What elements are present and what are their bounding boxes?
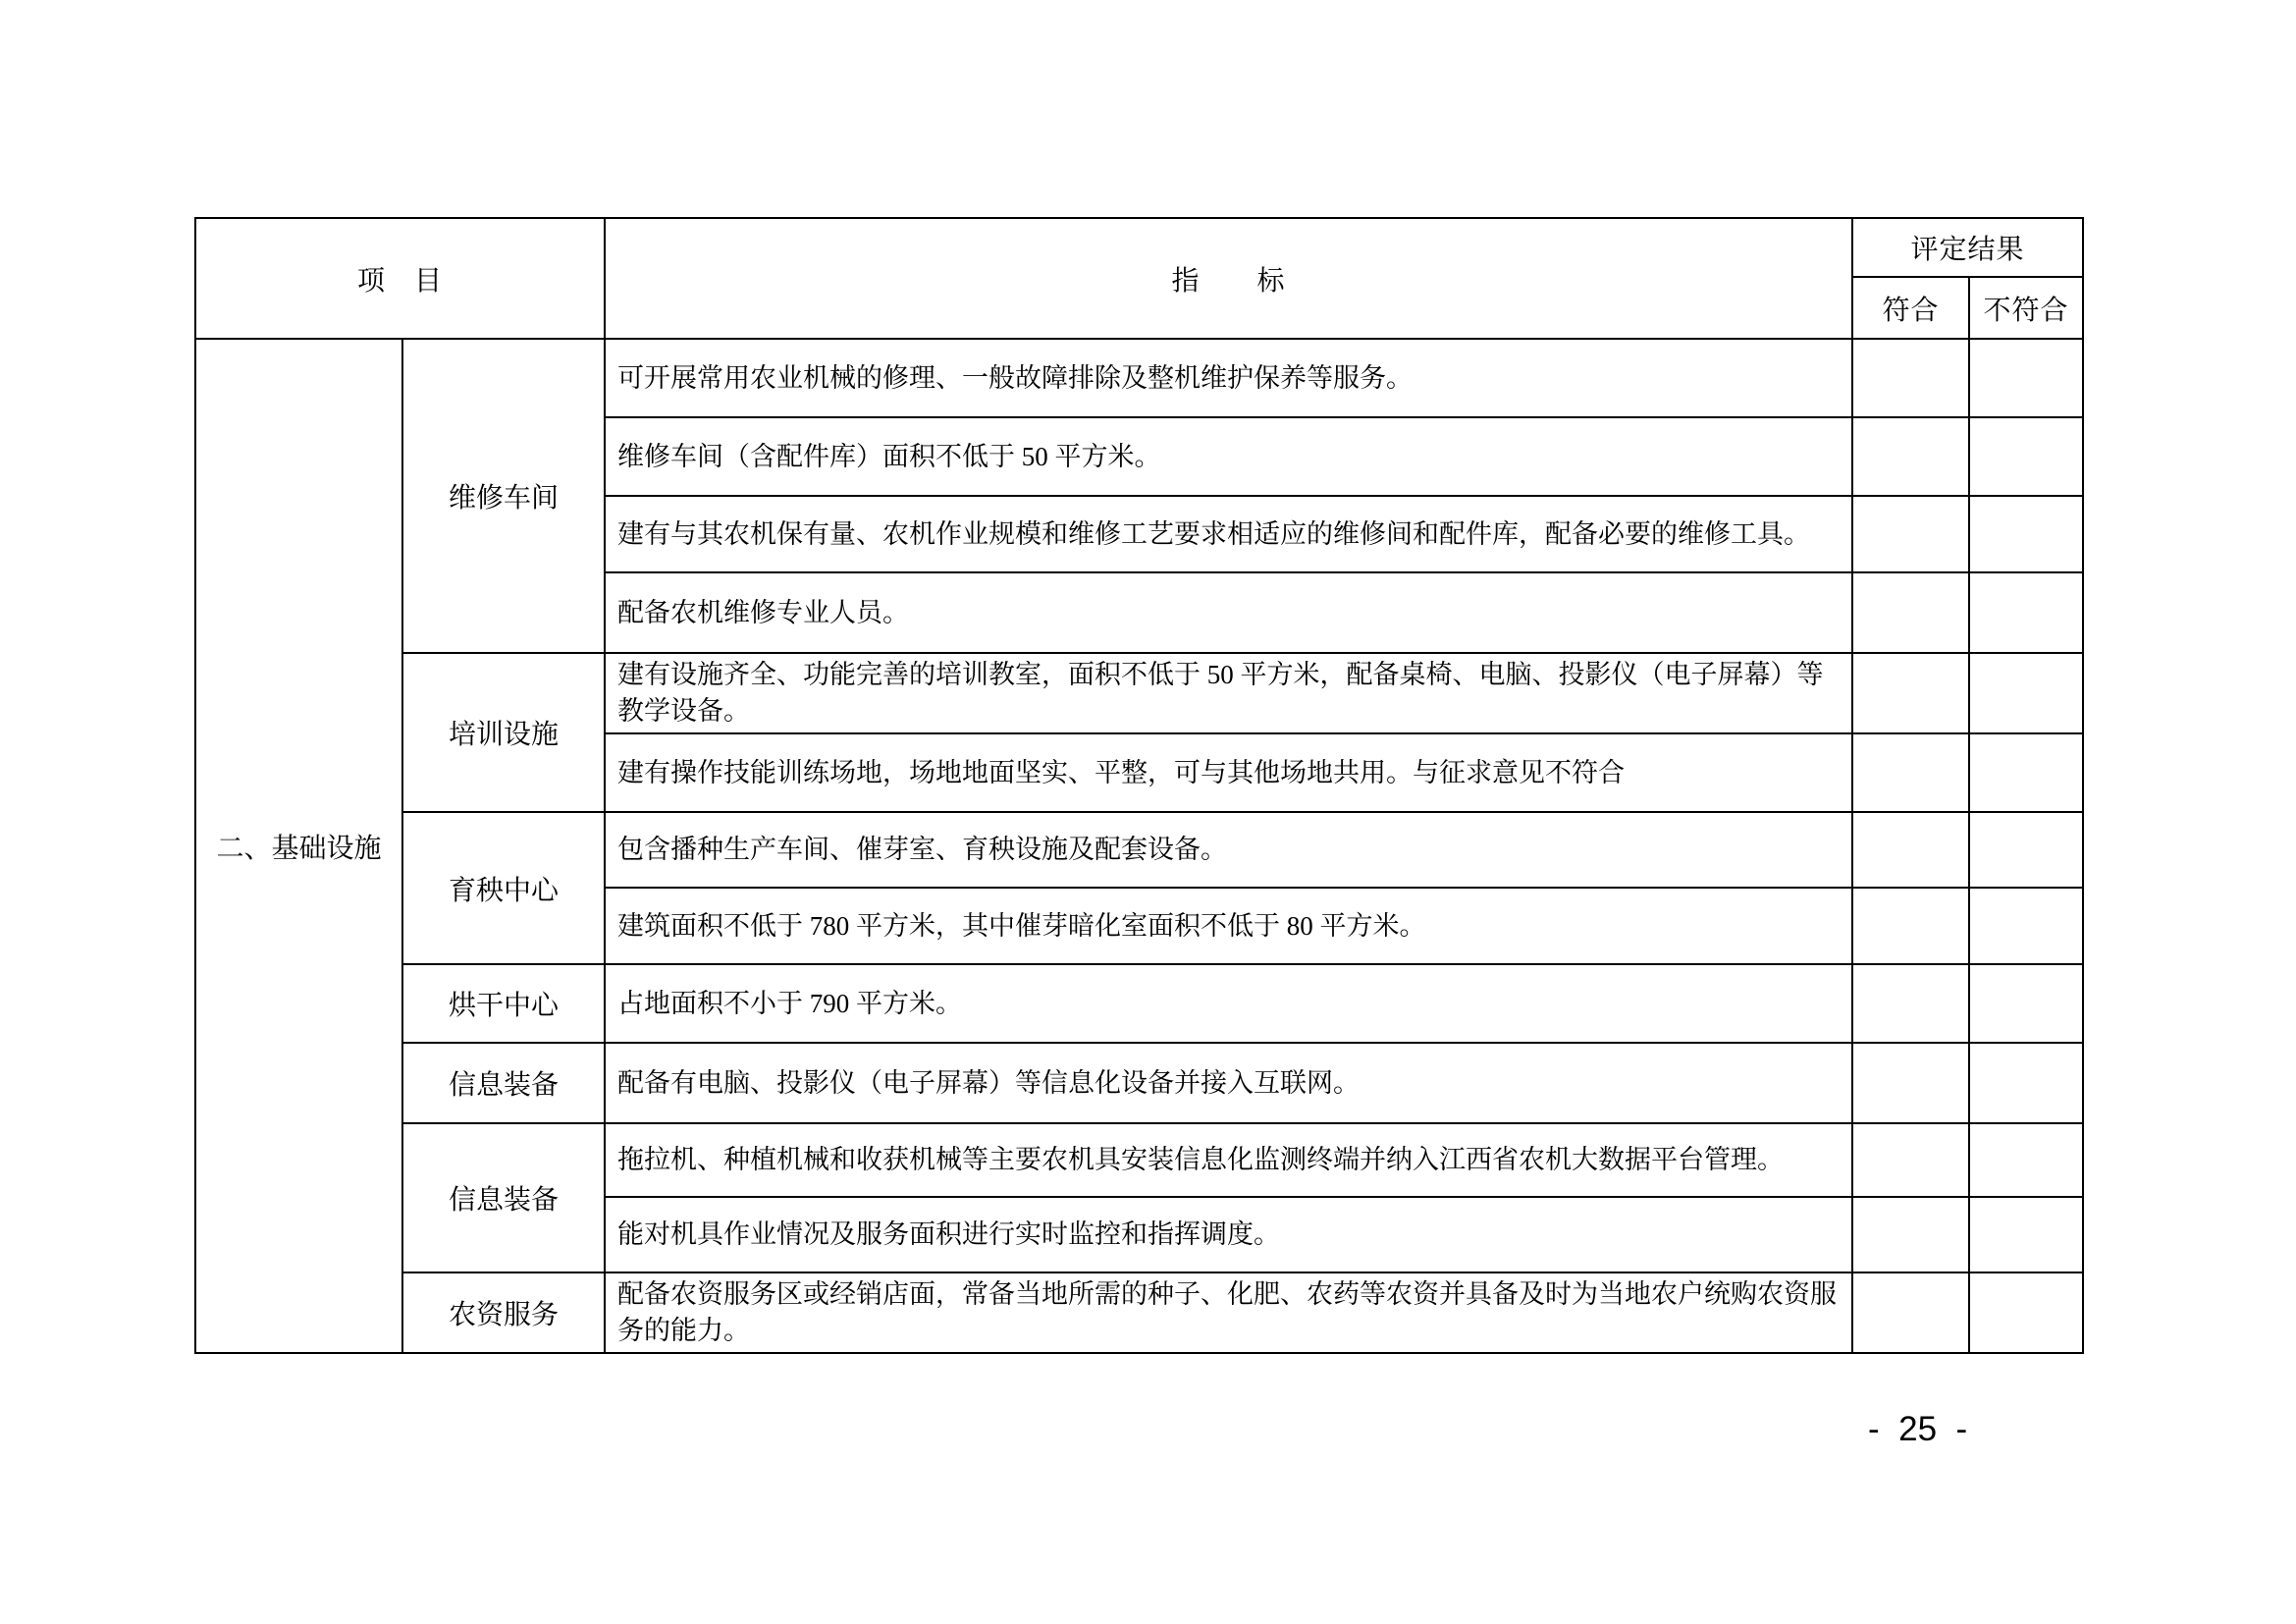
table-row: 信息装备 拖拉机、种植机械和收获机械等主要农机具安装信息化监测终端并纳入江西省农… <box>195 1123 2083 1197</box>
table-row: 育秧中心 包含播种生产车间、催芽室、育秧设施及配套设备。 <box>195 812 2083 888</box>
indicator-cell: 配备农机维修专业人员。 <box>605 572 1852 653</box>
result-nonconform-cell <box>1969 733 2083 812</box>
result-conform-cell <box>1852 1272 1969 1353</box>
result-nonconform-cell <box>1969 812 2083 888</box>
header-item: 项 目 <box>195 218 605 339</box>
result-nonconform-cell <box>1969 1043 2083 1123</box>
evaluation-table: 项 目 指 标 评定结果 符合 不符合 二、基础设施 维修车间 可开展常用农业机… <box>194 217 2084 1354</box>
table-row: 农资服务 配备农资服务区或经销店面，常备当地所需的种子、化肥、农药等农资并具备及… <box>195 1272 2083 1353</box>
document-page: 项 目 指 标 评定结果 符合 不符合 二、基础设施 维修车间 可开展常用农业机… <box>0 0 2296 1624</box>
group-cell-training-facility: 培训设施 <box>402 653 605 812</box>
group-cell-seedling-center: 育秧中心 <box>402 812 605 964</box>
result-conform-cell <box>1852 1197 1969 1272</box>
group-cell-info-equipment-2: 信息装备 <box>402 1123 605 1272</box>
result-conform-cell <box>1852 417 1969 496</box>
indicator-cell: 建有操作技能训练场地，场地地面坚实、平整，可与其他场地共用。与征求意见不符合 <box>605 733 1852 812</box>
table-row: 二、基础设施 维修车间 可开展常用农业机械的修理、一般故障排除及整机维护保养等服… <box>195 339 2083 417</box>
group-cell-repair-workshop: 维修车间 <box>402 339 605 653</box>
result-conform-cell <box>1852 339 1969 417</box>
result-nonconform-cell <box>1969 964 2083 1043</box>
result-conform-cell <box>1852 572 1969 653</box>
indicator-cell: 包含播种生产车间、催芽室、育秧设施及配套设备。 <box>605 812 1852 888</box>
page-number: - 25 - <box>1868 1410 1967 1449</box>
result-conform-cell <box>1852 964 1969 1043</box>
indicator-cell: 占地面积不小于 790 平方米。 <box>605 964 1852 1043</box>
header-nonconform: 不符合 <box>1969 277 2083 339</box>
header-indicator: 指 标 <box>605 218 1852 339</box>
header-result: 评定结果 <box>1852 218 2083 277</box>
result-nonconform-cell <box>1969 496 2083 572</box>
result-conform-cell <box>1852 733 1969 812</box>
indicator-cell: 维修车间（含配件库）面积不低于 50 平方米。 <box>605 417 1852 496</box>
group-cell-info-equipment-1: 信息装备 <box>402 1043 605 1123</box>
header-conform: 符合 <box>1852 277 1969 339</box>
result-nonconform-cell <box>1969 653 2083 733</box>
result-nonconform-cell <box>1969 339 2083 417</box>
group-cell-agri-supply-service: 农资服务 <box>402 1272 605 1353</box>
result-nonconform-cell <box>1969 888 2083 964</box>
indicator-cell: 建筑面积不低于 780 平方米，其中催芽暗化室面积不低于 80 平方米。 <box>605 888 1852 964</box>
table-row: 烘干中心 占地面积不小于 790 平方米。 <box>195 964 2083 1043</box>
result-nonconform-cell <box>1969 1197 2083 1272</box>
indicator-cell: 能对机具作业情况及服务面积进行实时监控和指挥调度。 <box>605 1197 1852 1272</box>
group-cell-drying-center: 烘干中心 <box>402 964 605 1043</box>
result-nonconform-cell <box>1969 1272 2083 1353</box>
result-conform-cell <box>1852 653 1969 733</box>
table-row: 培训设施 建有设施齐全、功能完善的培训教室，面积不低于 50 平方米，配备桌椅、… <box>195 653 2083 733</box>
indicator-cell: 建有与其农机保有量、农机作业规模和维修工艺要求相适应的维修间和配件库，配备必要的… <box>605 496 1852 572</box>
indicator-cell: 拖拉机、种植机械和收获机械等主要农机具安装信息化监测终端并纳入江西省农机大数据平… <box>605 1123 1852 1197</box>
result-nonconform-cell <box>1969 572 2083 653</box>
result-conform-cell <box>1852 496 1969 572</box>
indicator-cell: 可开展常用农业机械的修理、一般故障排除及整机维护保养等服务。 <box>605 339 1852 417</box>
indicator-cell: 配备有电脑、投影仪（电子屏幕）等信息化设备并接入互联网。 <box>605 1043 1852 1123</box>
category-cell-infrastructure: 二、基础设施 <box>195 339 402 1353</box>
result-conform-cell <box>1852 1123 1969 1197</box>
result-conform-cell <box>1852 812 1969 888</box>
result-nonconform-cell <box>1969 1123 2083 1197</box>
result-nonconform-cell <box>1969 417 2083 496</box>
result-conform-cell <box>1852 1043 1969 1123</box>
indicator-cell: 配备农资服务区或经销店面，常备当地所需的种子、化肥、农药等农资并具备及时为当地农… <box>605 1272 1852 1353</box>
indicator-cell: 建有设施齐全、功能完善的培训教室，面积不低于 50 平方米，配备桌椅、电脑、投影… <box>605 653 1852 733</box>
result-conform-cell <box>1852 888 1969 964</box>
table-row: 信息装备 配备有电脑、投影仪（电子屏幕）等信息化设备并接入互联网。 <box>195 1043 2083 1123</box>
